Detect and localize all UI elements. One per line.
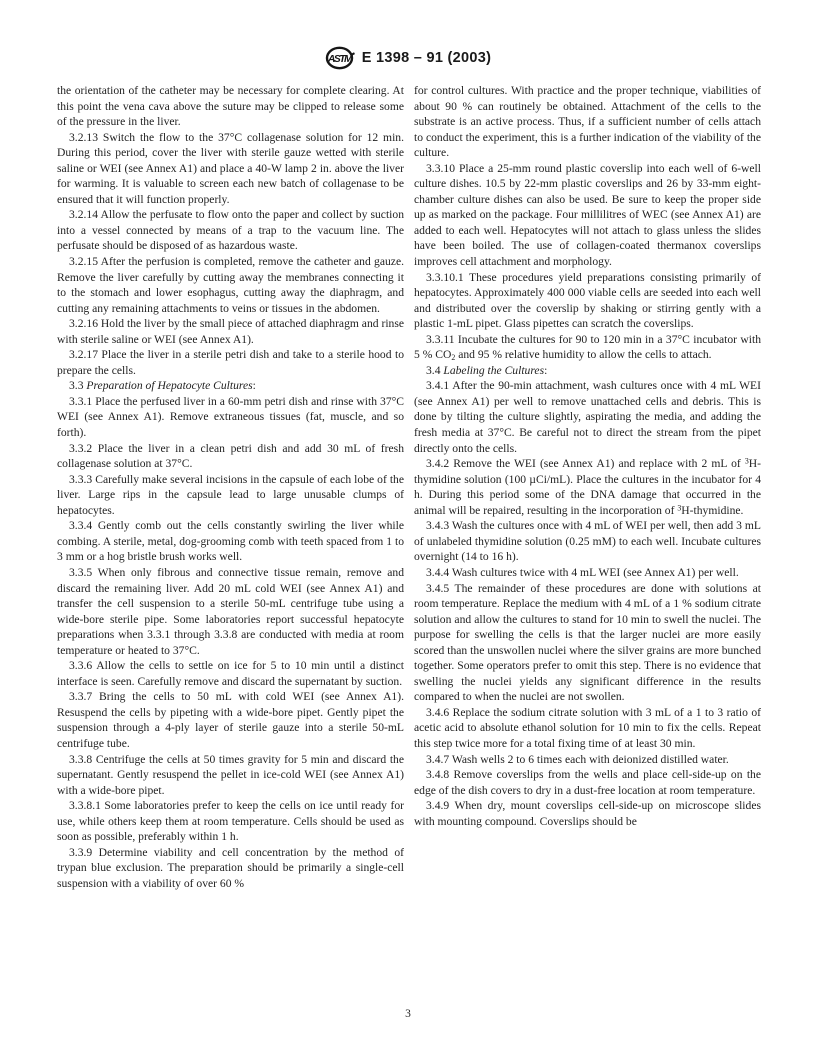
- text-segment: 3.4.6 Replace the sodium citrate solutio…: [414, 706, 761, 750]
- paragraph: 3.3.9 Determine viability and cell conce…: [57, 845, 404, 892]
- text-segment: 3.3: [69, 379, 86, 392]
- page-number: 3: [405, 1008, 411, 1020]
- text-segment: :: [253, 379, 256, 392]
- paragraph: 3.2.14 Allow the perfusate to flow onto …: [57, 207, 404, 254]
- paragraph: 3.3.10 Place a 25-mm round plastic cover…: [414, 161, 761, 270]
- text-segment: 3.2.14 Allow the perfusate to flow onto …: [57, 208, 404, 252]
- text-segment: 3.3.8.1 Some laboratories prefer to keep…: [57, 799, 404, 843]
- text-segment: 3.4: [426, 364, 443, 377]
- paragraph: 3.4.5 The remainder of these procedures …: [414, 581, 761, 705]
- document-body: the orientation of the catheter may be n…: [57, 83, 761, 891]
- text-segment: :: [544, 364, 547, 377]
- paragraph: 3.3.8.1 Some laboratories prefer to keep…: [57, 798, 404, 845]
- paragraph: 3.3 Preparation of Hepatocyte Cultures:: [57, 378, 404, 394]
- text-segment: Labeling the Cultures: [443, 364, 544, 377]
- astm-logo-icon: ASTM: [325, 46, 355, 70]
- text-segment: 3.4.7 Wash wells 2 to 6 times each with …: [426, 753, 729, 766]
- text-segment: 3.2.16 Hold the liver by the small piece…: [57, 317, 404, 346]
- text-segment: 3.3.10 Place a 25-mm round plastic cover…: [414, 162, 761, 268]
- paragraph: 3.4.9 When dry, mount coverslips cell-si…: [414, 798, 761, 829]
- paragraph: 3.4.7 Wash wells 2 to 6 times each with …: [414, 752, 761, 768]
- paragraph: 3.3.5 When only fibrous and connective t…: [57, 565, 404, 658]
- paragraph: 3.2.15 After the perfusion is completed,…: [57, 254, 404, 316]
- paragraph: 3.4.4 Wash cultures twice with 4 mL WEI …: [414, 565, 761, 581]
- text-segment: 3.4.4 Wash cultures twice with 4 mL WEI …: [426, 566, 739, 579]
- text-segment: for control cultures. With practice and …: [414, 84, 761, 159]
- text-segment: 3.3.5 When only fibrous and connective t…: [57, 566, 404, 657]
- paragraph: 3.4.6 Replace the sodium citrate solutio…: [414, 705, 761, 752]
- text-segment: 3.3.1 Place the perfused liver in a 60-m…: [57, 395, 404, 439]
- paragraph: 3.4.3 Wash the cultures once with 4 mL o…: [414, 518, 761, 565]
- paragraph: 3.3.4 Gently comb out the cells constant…: [57, 518, 404, 565]
- text-segment: 3.3.8 Centrifuge the cells at 50 times g…: [57, 753, 404, 797]
- text-segment: H-thymidine.: [681, 504, 743, 517]
- text-segment: 3.3.2 Place the liver in a clean petri d…: [57, 442, 404, 471]
- text-segment: 3.2.13 Switch the flow to the 37°C colla…: [57, 131, 404, 206]
- text-segment: 3.3.7 Bring the cells to 50 mL with cold…: [57, 690, 404, 750]
- paragraph: 3.4.1 After the 90-min attachment, wash …: [414, 378, 761, 456]
- paragraph: 3.3.11 Incubate the cultures for 90 to 1…: [414, 332, 761, 363]
- paragraph: 3.2.13 Switch the flow to the 37°C colla…: [57, 130, 404, 208]
- paragraph: 3.3.3 Carefully make several incisions i…: [57, 472, 404, 519]
- text-segment: Preparation of Hepatocyte Cultures: [86, 379, 252, 392]
- text-segment: 3.4.1 After the 90-min attachment, wash …: [414, 379, 761, 454]
- text-segment: 3.3.4 Gently comb out the cells constant…: [57, 519, 404, 563]
- paragraph: 3.2.17 Place the liver in a sterile petr…: [57, 347, 404, 378]
- document-page: ASTM E 1398 – 91 (2003) the orientation …: [0, 0, 816, 1056]
- text-segment: 3.3.6 Allow the cells to settle on ice f…: [57, 659, 404, 688]
- paragraph: 3.4.2 Remove the WEI (see Annex A1) and …: [414, 456, 761, 518]
- left-column: the orientation of the catheter may be n…: [57, 83, 404, 891]
- paragraph: 3.2.16 Hold the liver by the small piece…: [57, 316, 404, 347]
- astm-logo-text: ASTM: [327, 53, 353, 65]
- paragraph: for control cultures. With practice and …: [414, 83, 761, 161]
- text-segment: and 95 % relative humidity to allow the …: [455, 348, 711, 361]
- text-segment: 3.3.3 Carefully make several incisions i…: [57, 473, 404, 517]
- right-column: for control cultures. With practice and …: [414, 83, 761, 891]
- text-segment: 3.4.8 Remove coverslips from the wells a…: [414, 768, 761, 797]
- paragraph: 3.3.1 Place the perfused liver in a 60-m…: [57, 394, 404, 441]
- standard-designation: E 1398 – 91 (2003): [362, 50, 492, 66]
- text-segment: 3.4.2 Remove the WEI (see Annex A1) and …: [426, 457, 745, 470]
- text-segment: 3.4.3 Wash the cultures once with 4 mL o…: [414, 519, 761, 563]
- paragraph: 3.3.8 Centrifuge the cells at 50 times g…: [57, 752, 404, 799]
- text-segment: 3.2.15 After the perfusion is completed,…: [57, 255, 404, 315]
- page-footer: 3: [0, 1008, 816, 1020]
- paragraph: 3.4.8 Remove coverslips from the wells a…: [414, 767, 761, 798]
- paragraph: the orientation of the catheter may be n…: [57, 83, 404, 130]
- paragraph: 3.3.10.1 These procedures yield preparat…: [414, 270, 761, 332]
- page-header: ASTM E 1398 – 91 (2003): [0, 46, 816, 70]
- text-segment: 3.4.5 The remainder of these procedures …: [414, 582, 761, 704]
- text-segment: 3.3.9 Determine viability and cell conce…: [57, 846, 404, 890]
- text-segment: 3.4.9 When dry, mount coverslips cell-si…: [414, 799, 761, 828]
- paragraph: 3.3.6 Allow the cells to settle on ice f…: [57, 658, 404, 689]
- text-segment: the orientation of the catheter may be n…: [57, 84, 404, 128]
- paragraph: 3.3.7 Bring the cells to 50 mL with cold…: [57, 689, 404, 751]
- paragraph: 3.3.2 Place the liver in a clean petri d…: [57, 441, 404, 472]
- text-segment: 3.2.17 Place the liver in a sterile petr…: [57, 348, 404, 377]
- text-segment: 3.3.10.1 These procedures yield preparat…: [414, 271, 761, 331]
- paragraph: 3.4 Labeling the Cultures:: [414, 363, 761, 379]
